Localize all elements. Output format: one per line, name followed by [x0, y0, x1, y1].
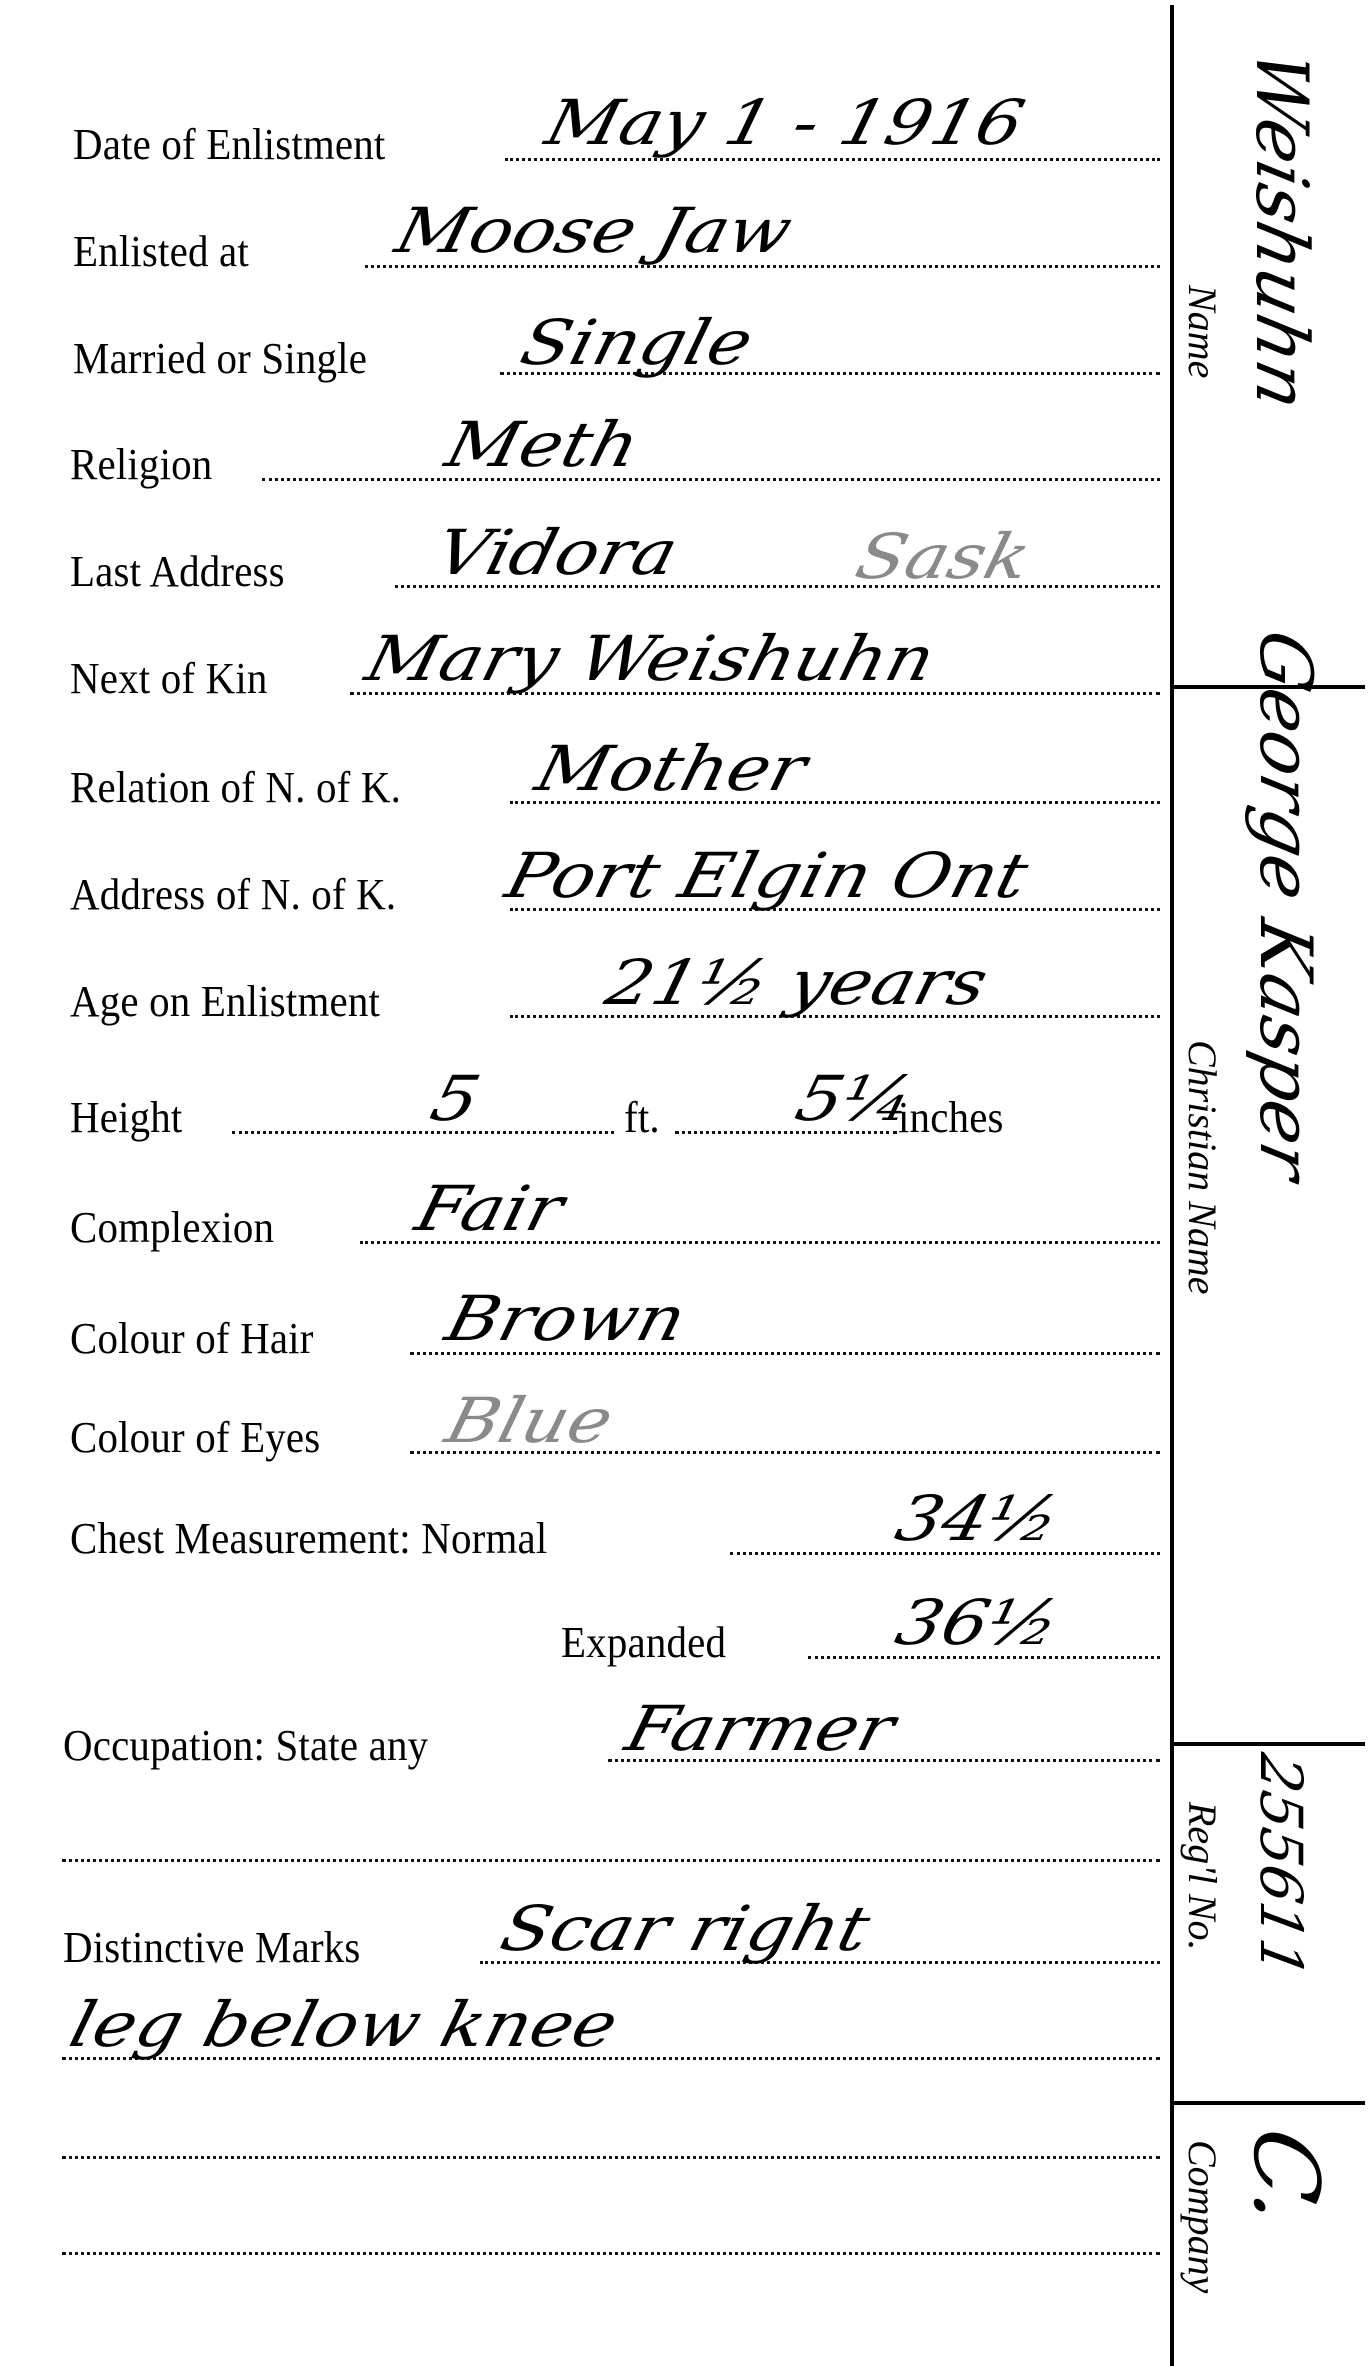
label-last-address: Last Address	[70, 550, 285, 594]
label-height-feet-unit: ft.	[624, 1096, 660, 1140]
label-chest-expanded: Expanded	[561, 1621, 726, 1665]
label-complexion: Complexion	[70, 1206, 274, 1250]
sidebar-divider-regl-no	[1174, 2101, 1365, 2105]
sidebar-value-company: C.	[1240, 2121, 1330, 2234]
value-distinctive-marks: Scar right	[495, 1898, 876, 1960]
sidebar-value-christian-name: George Kasper	[1250, 625, 1322, 1187]
label-colour-of-hair: Colour of Hair	[70, 1317, 314, 1361]
value-last-address: Vidora	[430, 522, 684, 584]
value-colour-of-hair: Brown	[440, 1288, 692, 1350]
value-married-or-single: Single	[515, 312, 759, 374]
leader-occupation-continued	[62, 1859, 1160, 1862]
value-address-of-next-of-kin: Port Elgin Ont	[500, 845, 1034, 907]
leader-blank-1	[62, 2156, 1160, 2159]
sidebar-value-regl-no: 255611	[1252, 1750, 1310, 1982]
label-height-inches-unit: inches	[898, 1096, 1004, 1140]
sidebar-label-regl-no: Reg'l No.	[1182, 1802, 1222, 1951]
sidebar-label-name: Name	[1182, 285, 1222, 378]
leader-religion	[262, 478, 1160, 481]
label-next-of-kin: Next of Kin	[70, 657, 268, 701]
sidebar-divider-vertical	[1170, 5, 1174, 2366]
sidebar-value-name: Weishuhn	[1246, 45, 1318, 417]
label-date-of-enlistment: Date of Enlistment	[73, 123, 385, 167]
label-enlisted-at: Enlisted at	[73, 230, 249, 274]
label-relation-of-next-of-kin: Relation of N. of K.	[70, 766, 401, 810]
label-occupation: Occupation: State any	[63, 1724, 428, 1768]
label-address-of-next-of-kin: Address of N. of K.	[70, 873, 396, 917]
sidebar-label-christian-name: Christian Name	[1182, 1040, 1222, 1294]
value-age-on-enlistment: 21½ years	[600, 952, 994, 1014]
label-chest-normal: Chest Measurement: Normal	[70, 1517, 547, 1561]
label-religion: Religion	[70, 443, 212, 487]
value-next-of-kin: Mary Weishuhn	[360, 628, 941, 690]
value-chest-normal: 34½	[890, 1488, 1065, 1550]
value-chest-expanded: 36½	[890, 1592, 1065, 1654]
label-height: Height	[70, 1096, 183, 1140]
value-distinctive-marks-line2: leg below knee	[64, 1994, 624, 2056]
label-colour-of-eyes: Colour of Eyes	[70, 1416, 320, 1460]
value-occupation: Farmer	[620, 1698, 901, 1760]
value-date-of-enlistment: May 1 - 1916	[540, 92, 1030, 154]
attestation-card: Date of Enlistment May 1 - 1916 Enlisted…	[0, 0, 1370, 2366]
value-complexion: Fair	[410, 1178, 569, 1240]
label-age-on-enlistment: Age on Enlistment	[70, 980, 380, 1024]
value-last-address-province: Sask	[850, 526, 1037, 588]
value-religion: Meth	[440, 414, 645, 476]
value-enlisted-at: Moose Jaw	[390, 200, 798, 262]
sidebar-divider-christian-name	[1174, 1742, 1365, 1746]
leader-blank-2	[62, 2252, 1160, 2255]
value-relation-of-next-of-kin: Mother	[530, 738, 812, 800]
sidebar-label-company: Company	[1182, 2140, 1222, 2293]
value-colour-of-eyes: Blue	[440, 1390, 619, 1452]
label-distinctive-marks: Distinctive Marks	[63, 1926, 361, 1970]
label-married-or-single: Married or Single	[73, 337, 367, 381]
value-height-feet: 5	[425, 1068, 486, 1130]
